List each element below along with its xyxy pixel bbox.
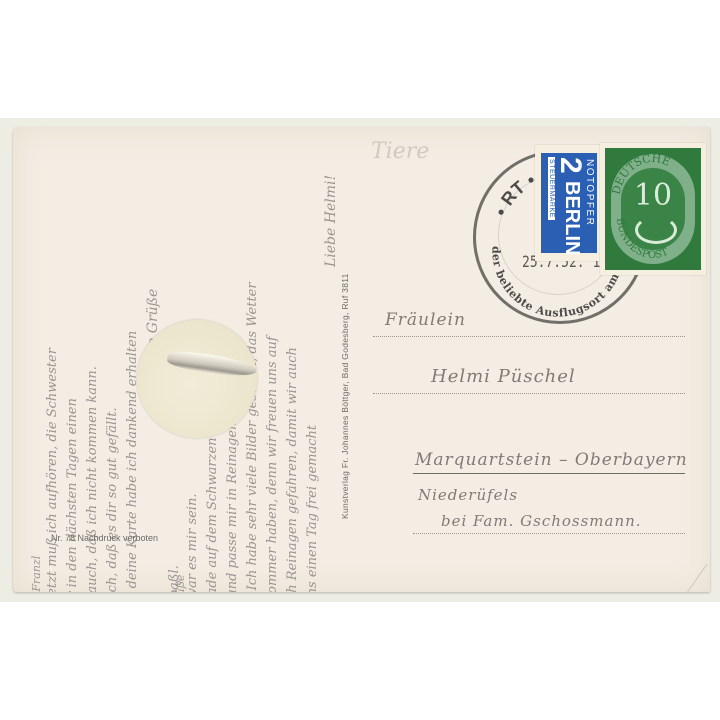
svg-text:BUNDESPOST: BUNDESPOST	[614, 217, 670, 261]
stamp-posthorn-10: 10 DEUTSCHE BUNDESPOST	[600, 143, 706, 275]
message-line: Wir haben uns einen Tag frei gemacht	[303, 425, 323, 592]
stamp-face: 10 DEUTSCHE BUNDESPOST	[605, 148, 701, 270]
stamp-notopfer-berlin: NOTOPFER 2 BERLIN STEUERMARKE	[535, 145, 603, 261]
address-line	[373, 393, 685, 394]
address-name: Helmi Püschel	[431, 366, 576, 387]
closing-line: Herzliche Grüße	[171, 575, 191, 592]
address-salutation: Fräulein	[385, 310, 466, 330]
message-line: und freue mich, daß es dir so gut gefäll…	[103, 407, 123, 592]
stamp-value: 2	[555, 157, 585, 174]
margin-note: Gruß von Franzl	[27, 556, 47, 592]
message-line: und sind nach Reinagen gefahren, damit w…	[283, 347, 303, 592]
message-line: den Ausflug. Ich habe sehr viele Bilder …	[243, 282, 263, 592]
address-line	[413, 533, 685, 534]
svg-text:• RT •: • RT •	[491, 170, 538, 219]
message-line: Ich bedaure auch, daß ich nicht kommen k…	[83, 366, 103, 592]
message-line: etwas vom Sommer haben, denn wir freuen …	[263, 336, 283, 592]
pencil-note: Tiere	[371, 139, 429, 164]
message-greeting: Liebe Helmi!	[321, 175, 341, 267]
address-town: Marquartstein – Oberbayern	[415, 450, 688, 470]
address-district: Niederüfels	[418, 486, 518, 504]
sticker-crease	[166, 349, 258, 379]
address-line	[373, 336, 685, 337]
stamp-bottom-text: STEUERMARKE	[548, 157, 555, 220]
stamp-city: BERLIN	[561, 181, 583, 255]
stamp-ring-text: DEUTSCHE BUNDESPOST	[611, 154, 695, 264]
paper-seal-sticker	[137, 320, 257, 438]
postcard: Liebe Helmi! Wir haben uns einen Tag fre…	[13, 127, 710, 592]
address-line-underlined	[413, 473, 685, 474]
print-note: Nr. 78 Nachdruck verboten	[51, 533, 158, 543]
svg-text:DEUTSCHE: DEUTSCHE	[611, 154, 672, 196]
stamp-face: NOTOPFER 2 BERLIN STEUERMARKE	[541, 153, 597, 253]
stamp-vertical-text: NOTOPFER 2 BERLIN STEUERMARKE	[541, 153, 597, 253]
address-care-of: bei Fam. Gschossmann.	[441, 512, 642, 530]
message-line: Schreibe mir in den nächsten Tagen einen	[63, 398, 83, 592]
card-crease	[687, 564, 707, 592]
publisher-imprint: Kunstverlag Fr. Johannes Böttger, Bad Go…	[340, 273, 350, 519]
stamp-oval: 10 DEUTSCHE BUNDESPOST	[611, 154, 695, 264]
